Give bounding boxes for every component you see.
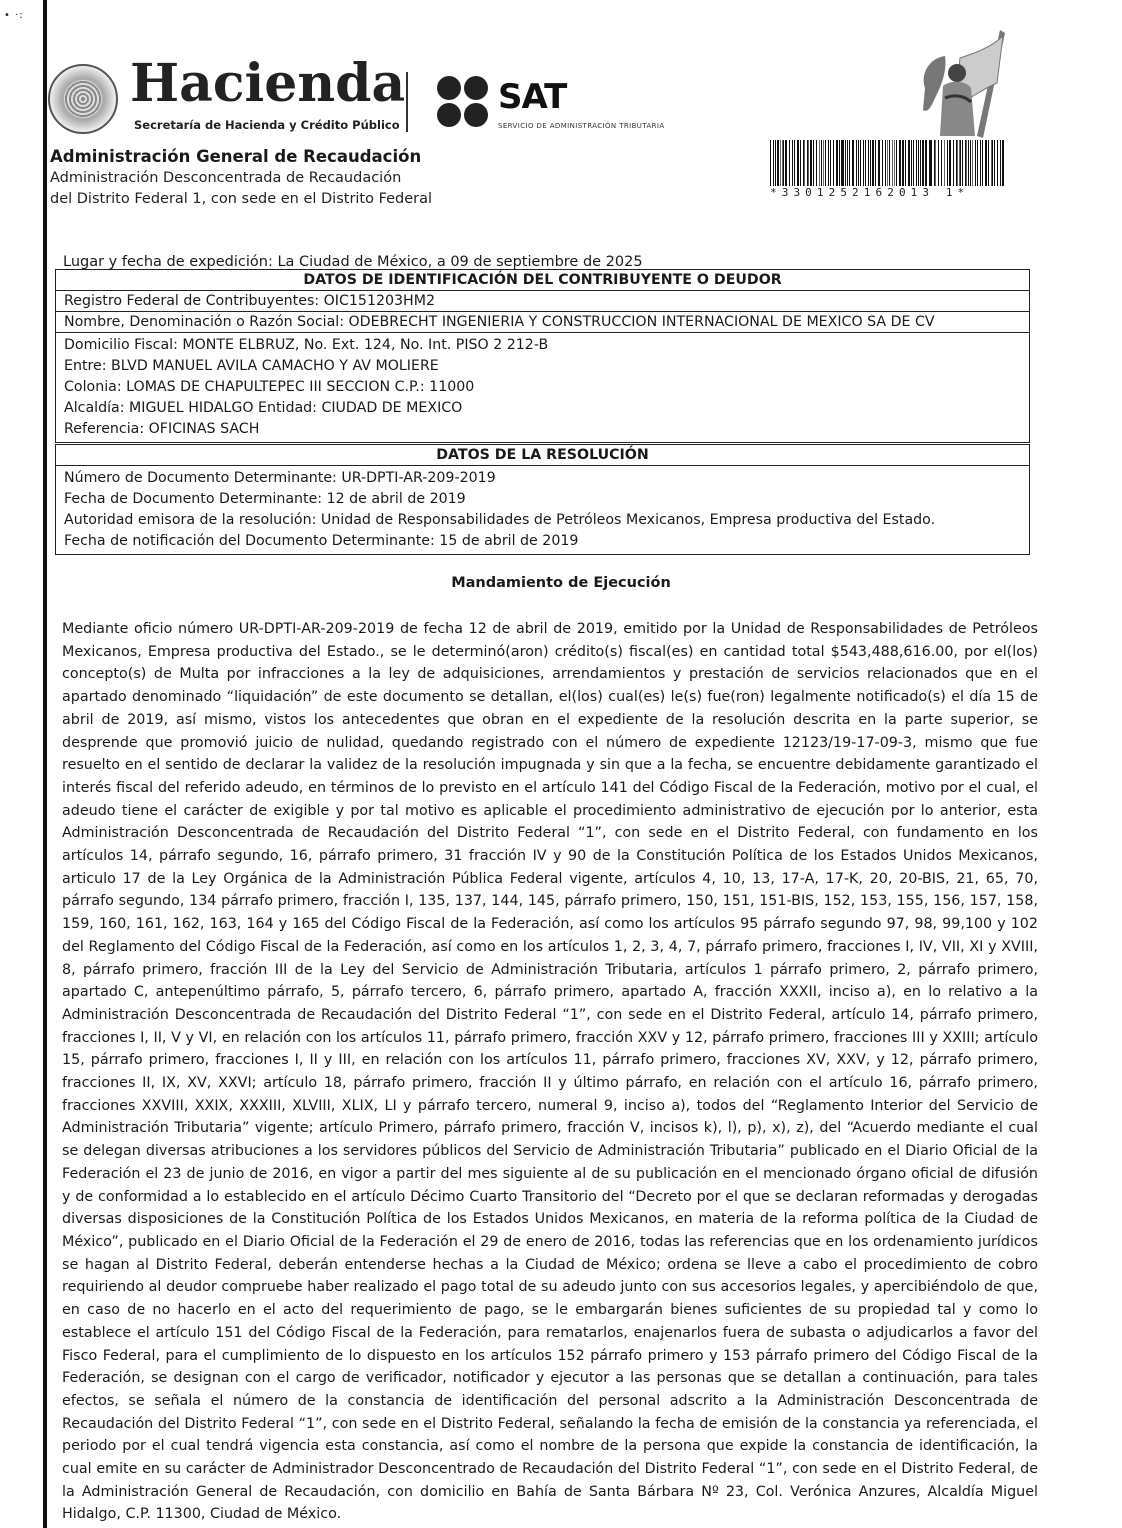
agency-subtitle: Secretaría de Hacienda y Crédito Público xyxy=(134,118,400,132)
resolution-details: Número de Documento Determinante: UR-DPT… xyxy=(56,466,1029,554)
barcode-number: *3301252162013 1* xyxy=(770,186,1010,199)
logo-divider xyxy=(406,72,408,132)
taxpayer-address: Domicilio Fiscal: MONTE ELBRUZ, No. Ext.… xyxy=(56,333,1029,442)
taxpayer-rfc: Registro Federal de Contribuyentes: OIC1… xyxy=(56,291,1029,312)
sat-logo-icon xyxy=(437,76,493,128)
address-line: Referencia: OFICINAS SACH xyxy=(64,419,1029,440)
agency-title: Hacienda xyxy=(130,58,405,110)
barcode-icon xyxy=(770,140,1006,186)
scan-margin-line xyxy=(43,0,47,1528)
address-line: Colonia: LOMAS DE CHAPULTEPEC III SECCIO… xyxy=(64,377,1029,398)
scan-specks: • ·: xyxy=(4,10,24,21)
admin-general-title: Administración General de Recaudación xyxy=(50,147,421,166)
taxpayer-table: DATOS DE IDENTIFICACIÓN DEL CONTRIBUYENT… xyxy=(55,269,1030,443)
address-line: Domicilio Fiscal: MONTE ELBRUZ, No. Ext.… xyxy=(64,335,1029,356)
document-title: Mandamiento de Ejecución xyxy=(0,575,1122,591)
admin-office-line-2: del Distrito Federal 1, con sede en el D… xyxy=(50,191,432,207)
national-seal-icon xyxy=(48,64,118,134)
taxpayer-table-heading: DATOS DE IDENTIFICACIÓN DEL CONTRIBUYENT… xyxy=(56,270,1029,291)
admin-office-line-1: Administración Desconcentrada de Recauda… xyxy=(50,170,401,186)
resolution-line: Fecha de notificación del Documento Dete… xyxy=(64,531,1029,552)
resolution-table: DATOS DE LA RESOLUCIÓN Número de Documen… xyxy=(55,444,1030,555)
issue-place-date: Lugar y fecha de expedición: La Ciudad d… xyxy=(63,254,643,270)
resolution-table-heading: DATOS DE LA RESOLUCIÓN xyxy=(56,445,1029,466)
document-body: Mediante oficio número UR-DPTI-AR-209-20… xyxy=(62,618,1038,1526)
resolution-line: Número de Documento Determinante: UR-DPT… xyxy=(64,468,1029,489)
patria-emblem-icon xyxy=(905,28,1015,138)
resolution-line: Autoridad emisora de la resolución: Unid… xyxy=(64,510,1029,531)
taxpayer-name: Nombre, Denominación o Razón Social: ODE… xyxy=(56,312,1029,333)
resolution-line: Fecha de Documento Determinante: 12 de a… xyxy=(64,489,1029,510)
address-line: Entre: BLVD MANUEL AVILA CAMACHO Y AV MO… xyxy=(64,356,1029,377)
sat-subtitle: SERVICIO DE ADMINISTRACIÓN TRIBUTARIA xyxy=(498,122,665,130)
sat-logo-text: SAT xyxy=(498,80,566,114)
address-line: Alcaldía: MIGUEL HIDALGO Entidad: CIUDAD… xyxy=(64,398,1029,419)
